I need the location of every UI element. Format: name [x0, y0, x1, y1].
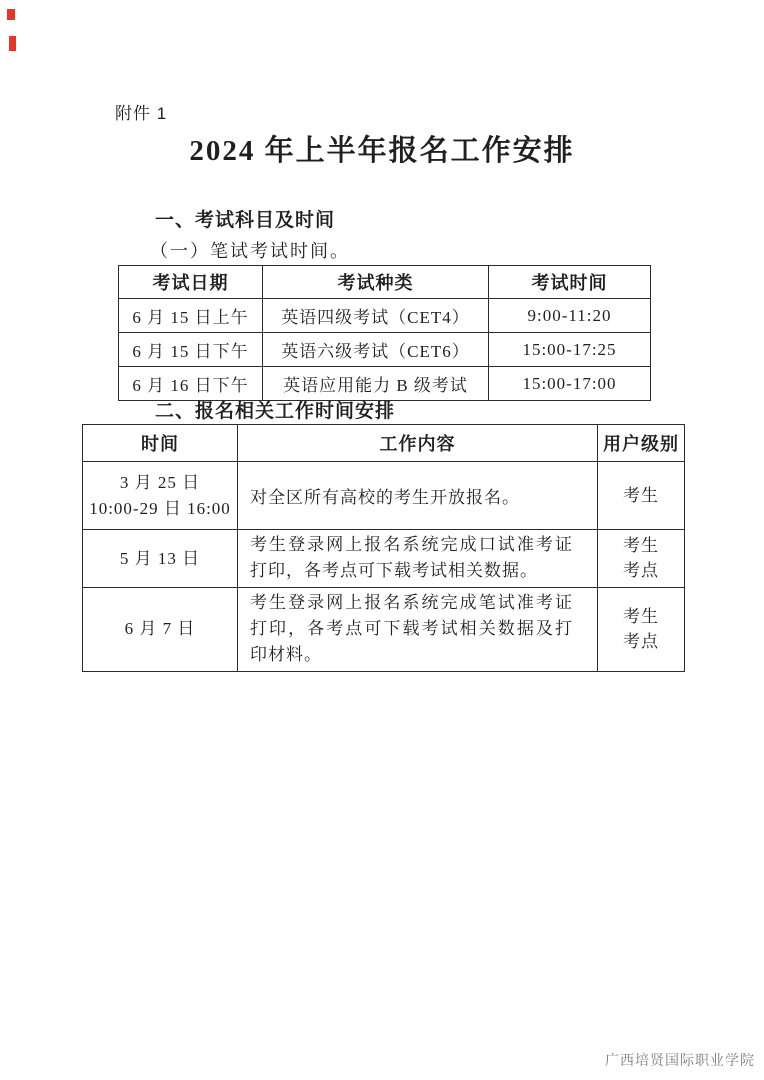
subsection-heading-written-exam-time: （一）笔试考试时间。 [150, 237, 350, 263]
schedule-users-cell: 考生 [598, 462, 685, 530]
exam-type-cell: 英语四级考试（CET4） [263, 299, 489, 333]
schedule-time-cell: 6 月 7 日 [83, 587, 238, 671]
exam-time-cell: 15:00-17:25 [489, 333, 651, 367]
column-header-exam-type: 考试种类 [263, 266, 489, 299]
table-row: 6 月 15 日上午 英语四级考试（CET4） 9:00-11:20 [119, 299, 651, 333]
exam-time-cell: 15:00-17:00 [489, 367, 651, 401]
schedule-users-cell: 考生 考点 [598, 587, 685, 671]
exam-schedule-table: 考试日期 考试种类 考试时间 6 月 15 日上午 英语四级考试（CET4） 9… [118, 265, 651, 401]
column-header-time: 时间 [83, 425, 238, 462]
table-row: 3 月 25 日 10:00-29 日 16:00 对全区所有高校的考生开放报名… [83, 462, 685, 530]
exam-date-cell: 6 月 15 日上午 [119, 299, 263, 333]
exam-type-cell: 英语六级考试（CET6） [263, 333, 489, 367]
exam-time-cell: 9:00-11:20 [489, 299, 651, 333]
page-title: 2024 年上半年报名工作安排 [0, 128, 764, 169]
table-row: 6 月 15 日下午 英语六级考试（CET6） 15:00-17:25 [119, 333, 651, 367]
registration-schedule-table: 时间 工作内容 用户级别 3 月 25 日 10:00-29 日 16:00 对… [82, 424, 685, 672]
table-row: 6 月 7 日 考生登录网上报名系统完成笔试准考证打印，各考点可下载考试相关数据… [83, 587, 685, 671]
column-header-exam-date: 考试日期 [119, 266, 263, 299]
attachment-label: 附件 1 [115, 99, 167, 124]
red-annotation-mark [7, 9, 15, 20]
schedule-users-cell: 考生 考点 [598, 530, 685, 588]
table-header-row: 时间 工作内容 用户级别 [83, 425, 685, 462]
column-header-work-content: 工作内容 [238, 425, 598, 462]
red-annotation-mark [9, 36, 16, 51]
page-footer: 广西培贤国际职业学院 [605, 1050, 755, 1070]
schedule-time-cell: 5 月 13 日 [83, 530, 238, 588]
schedule-content-cell: 对全区所有高校的考生开放报名。 [238, 462, 598, 530]
section-heading-registration-schedule: 二、报名相关工作时间安排 [155, 396, 395, 423]
column-header-user-level: 用户级别 [598, 425, 685, 462]
schedule-time-cell: 3 月 25 日 10:00-29 日 16:00 [83, 462, 238, 530]
schedule-content-cell: 考生登录网上报名系统完成口试准考证打印，各考点可下载考试相关数据。 [238, 530, 598, 588]
section-heading-exam-subjects: 一、考试科目及时间 [155, 205, 335, 232]
table-header-row: 考试日期 考试种类 考试时间 [119, 266, 651, 299]
schedule-content-cell: 考生登录网上报名系统完成笔试准考证打印，各考点可下载考试相关数据及打印材料。 [238, 587, 598, 671]
exam-date-cell: 6 月 15 日下午 [119, 333, 263, 367]
column-header-exam-time: 考试时间 [489, 266, 651, 299]
document-page: 附件 1 2024 年上半年报名工作安排 一、考试科目及时间 （一）笔试考试时间… [0, 0, 764, 1080]
table-row: 5 月 13 日 考生登录网上报名系统完成口试准考证打印，各考点可下载考试相关数… [83, 530, 685, 588]
